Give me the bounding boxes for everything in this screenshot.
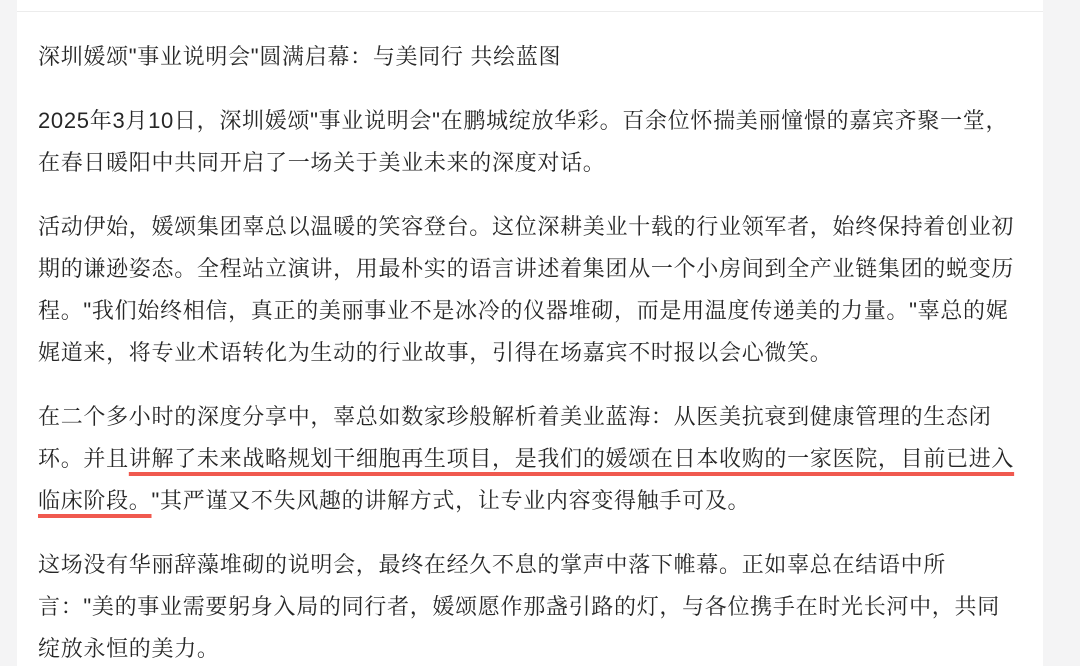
paragraph-strategy-tail: "其严谨又不失风趣的讲解方式，让专业内容变得触手可及。 <box>152 488 751 513</box>
app-background: 深圳媛颂"事业说明会"圆满启幕：与美同行 共绘蓝图 2025年3月10日，深圳媛… <box>0 0 1080 666</box>
paragraph-closing: 这场没有华丽辞藻堆砌的说明会，最终在经久不息的掌声中落下帷幕。正如辜总在结语中所… <box>38 544 1015 666</box>
article-title: 深圳媛颂"事业说明会"圆满启幕：与美同行 共绘蓝图 <box>38 36 1015 78</box>
paragraph-intro: 2025年3月10日，深圳媛颂"事业说明会"在鹏城绽放华彩。百余位怀揣美丽憧憬的… <box>38 100 1015 184</box>
article-page: 深圳媛颂"事业说明会"圆满启幕：与美同行 共绘蓝图 2025年3月10日，深圳媛… <box>17 0 1043 666</box>
paragraph-speech: 活动伊始，媛颂集团辜总以温暖的笑容登台。这位深耕美业十载的行业领军者，始终保持着… <box>38 206 1015 374</box>
paragraph-strategy: 在二个多小时的深度分享中，辜总如数家珍般解析着美业蓝海：从医美抗衰到健康管理的生… <box>38 396 1015 522</box>
top-divider <box>17 11 1043 12</box>
